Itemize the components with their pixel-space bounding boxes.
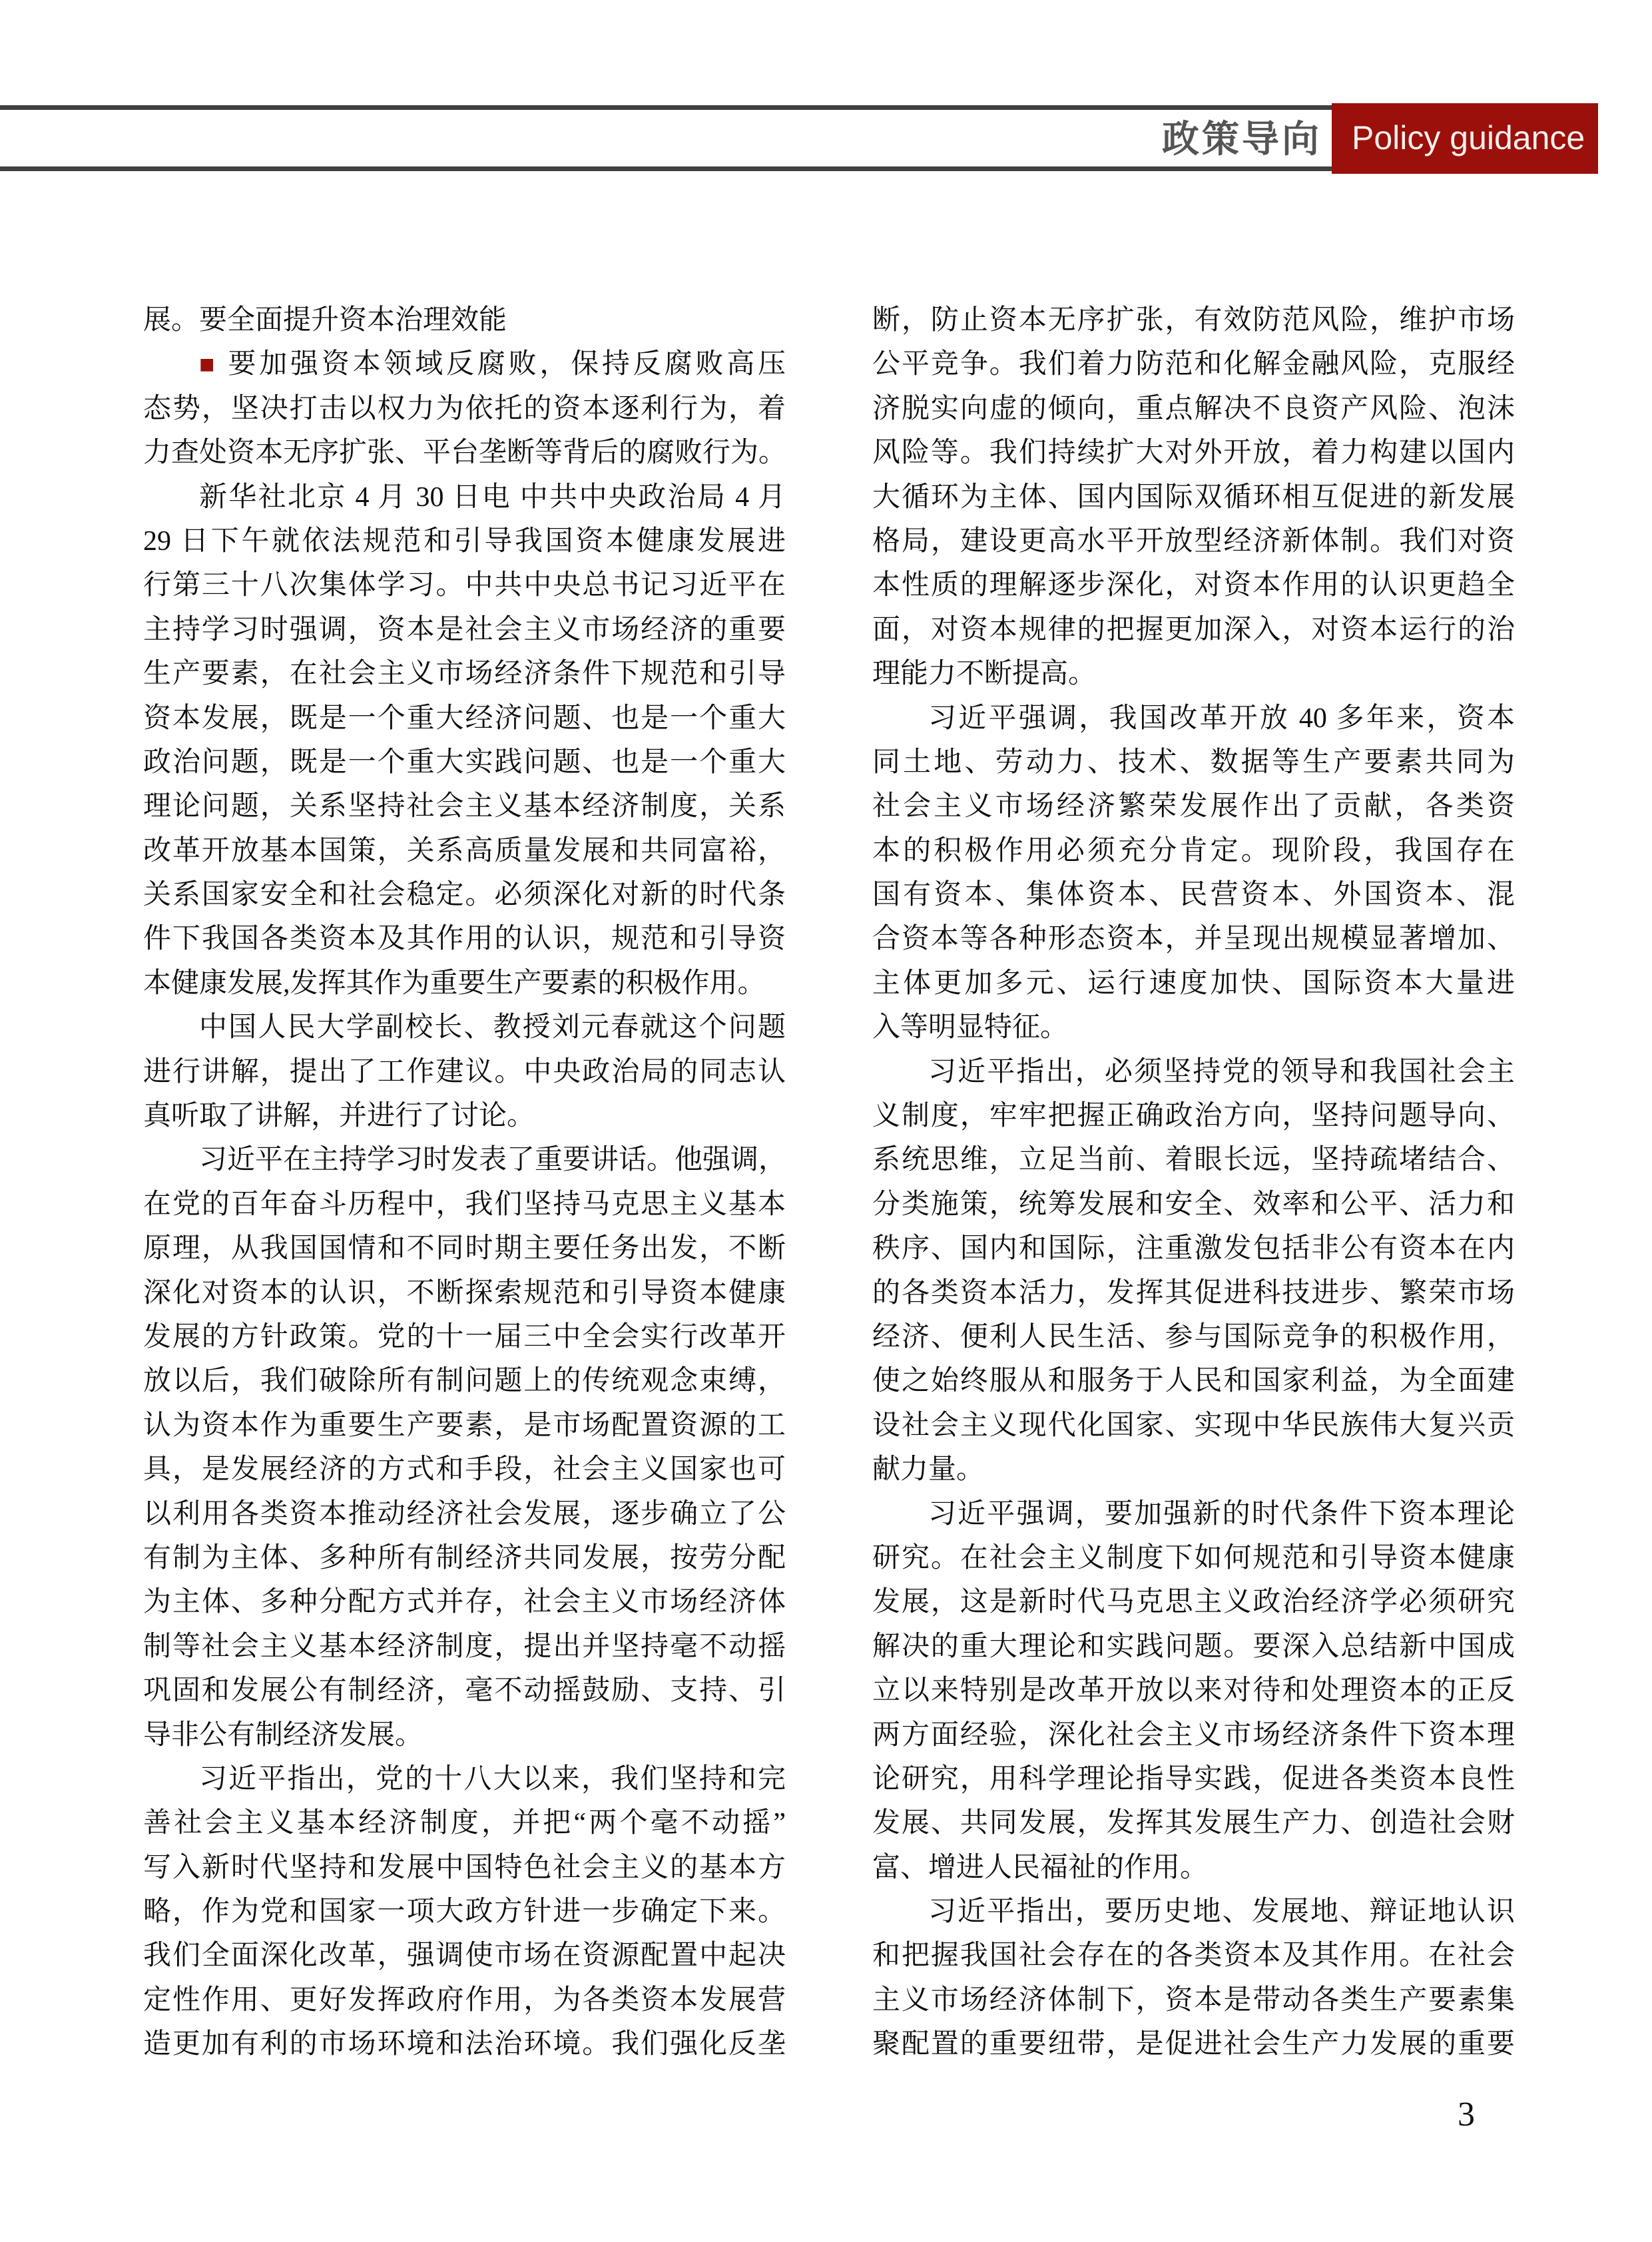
- text-line: 习近平强调，要加强新的时代条件下资本理论: [872, 1492, 1515, 1536]
- text-line: 国有资本、集体资本、民营资本、外国资本、混: [872, 873, 1515, 917]
- text-line: 理论问题，关系坚持社会主义基本经济制度，关系: [143, 784, 786, 828]
- text-line: 格局，建设更高水平开放型经济新体制。我们对资: [872, 519, 1515, 563]
- text-line: 两方面经验，深化社会主义市场经济条件下资本理: [872, 1713, 1515, 1757]
- text-line: 中国人民大学副校长、教授刘元春就这个问题: [143, 1005, 786, 1049]
- text-line: 习近平指出，必须坚持党的领导和我国社会主: [872, 1050, 1515, 1094]
- text-line: 发展、共同发展，发挥其发展生产力、创造社会财: [872, 1801, 1515, 1845]
- text-line: 和把握我国社会存在的各类资本及其作用。在社会: [872, 1934, 1515, 1978]
- text-line: 放以后，我们破除所有制问题上的传统观念束缚，: [143, 1359, 786, 1403]
- text-line: 写入新时代坚持和发展中国特色社会主义的基本方: [143, 1846, 786, 1890]
- text-line: 使之始终服从和服务于人民和国家利益，为全面建: [872, 1359, 1515, 1403]
- text-line: 社会主义市场经济繁荣发展作出了贡献，各类资: [872, 784, 1515, 828]
- text-line: 定性作用、更好发挥政府作用，为各类资本发展营: [143, 1978, 786, 2022]
- article-body: 展。要全面提升资本治理效能■ 要加强资本领域反腐败，保持反腐败高压态势，坚决打击…: [143, 298, 1515, 2067]
- text-line: 关系国家安全和社会稳定。必须深化对新的时代条: [143, 873, 786, 917]
- text-line: 在党的百年奋斗历程中，我们坚持马克思主义基本: [143, 1183, 786, 1227]
- text-line: 生产要素，在社会主义市场经济条件下规范和引导: [143, 652, 786, 696]
- text-line: 主义市场经济体制下，资本是带动各类生产要素集: [872, 1978, 1515, 2022]
- text-line: 为主体、多种分配方式并存，社会主义市场经济体: [143, 1580, 786, 1624]
- text-line: 公平竞争。我们着力防范和化解金融风险，克服经: [872, 342, 1515, 386]
- text-line: 制等社会主义基本经济制度，提出并坚持毫不动摇: [143, 1625, 786, 1669]
- text-line: 善社会主义基本经济制度，并把“两个毫不动摇”: [143, 1801, 786, 1845]
- text-line: 聚配置的重要纽带，是促进社会生产力发展的重要: [872, 2022, 1515, 2066]
- text-line: 论研究，用科学理论指导实践，促进各类资本良性: [872, 1757, 1515, 1801]
- text-line: ■ 要加强资本领域反腐败，保持反腐败高压: [143, 342, 786, 386]
- text-line: 习近平指出，要历史地、发展地、辩证地认识: [872, 1890, 1515, 1934]
- text-line: 解决的重大理论和实践问题。要深入总结新中国成: [872, 1625, 1515, 1669]
- text-line: 立以来特别是改革开放以来对待和处理资本的正反: [872, 1669, 1515, 1713]
- section-title-zh: 政策导向: [1162, 110, 1322, 166]
- text-line: 风险等。我们持续扩大对外开放，着力构建以国内: [872, 431, 1515, 475]
- text-line: 有制为主体、多种所有制经济共同发展，按劳分配: [143, 1536, 786, 1580]
- text-line: 研究。在社会主义制度下如何规范和引导资本健康: [872, 1536, 1515, 1580]
- text-line: 习近平在主持学习时发表了重要讲话。他强调，: [143, 1138, 786, 1182]
- text-line: 断，防止资本无序扩张，有效防范风险，维护市场: [872, 298, 1515, 342]
- text-line: 秩序、国内和国际，注重激发包括非公有资本在内: [872, 1227, 1515, 1270]
- text-line: 认为资本作为重要生产要素，是市场配置资源的工: [143, 1404, 786, 1448]
- text-line: 导非公有制经济发展。: [143, 1713, 786, 1757]
- column-right: 断，防止资本无序扩张，有效防范风险，维护市场公平竞争。我们着力防范和化解金融风险…: [872, 298, 1515, 2067]
- text-line: 发展的方针政策。党的十一届三中全会实行改革开: [143, 1315, 786, 1359]
- text-line: 富、增进人民福祉的作用。: [872, 1846, 1515, 1890]
- red-square-bullet-icon: ■: [199, 351, 218, 379]
- text-line: 进行讲解，提出了工作建议。中央政治局的同志认: [143, 1050, 786, 1094]
- page: 政策导向 Policy guidance 展。要全面提升资本治理效能■ 要加强资…: [0, 0, 1652, 2242]
- page-number: 3: [1458, 2095, 1475, 2135]
- text-line: 我们全面深化改革，强调使市场在资源配置中起决: [143, 1934, 786, 1978]
- text-line: 本性质的理解逐步深化，对资本作用的认识更趋全: [872, 563, 1515, 607]
- text-line: 经济、便利人民生活、参与国际竞争的积极作用，: [872, 1315, 1515, 1359]
- text-line: 略，作为党和国家一项大政方针进一步确定下来。: [143, 1890, 786, 1934]
- text-line: 入等明显特征。: [872, 1005, 1515, 1049]
- text-line: 件下我国各类资本及其作用的认识，规范和引导资: [143, 917, 786, 961]
- text-line: 分类施策，统筹发展和安全、效率和公平、活力和: [872, 1183, 1515, 1227]
- text-line: 理能力不断提高。: [872, 652, 1515, 696]
- text-line: 主体更加多元、运行速度加快、国际资本大量进: [872, 962, 1515, 1005]
- text-line: 大循环为主体、国内国际双循环相互促进的新发展: [872, 475, 1515, 519]
- text-line: 发展，这是新时代马克思主义政治经济学必须研究: [872, 1580, 1515, 1624]
- text-line: 本健康发展,发挥其作为重要生产要素的积极作用。: [143, 962, 786, 1005]
- text-line: 29 日下午就依法规范和引导我国资本健康发展进: [143, 519, 786, 563]
- text-line: 的各类资本活力，发挥其促进科技进步、繁荣市场: [872, 1271, 1515, 1315]
- text-line: 设社会主义现代化国家、实现中华民族伟大复兴贡: [872, 1404, 1515, 1448]
- text-line: 义制度，牢牢把握正确政治方向，坚持问题导向、: [872, 1094, 1515, 1138]
- text-line: 习近平指出，党的十八大以来，我们坚持和完: [143, 1757, 786, 1801]
- section-title-tab: Policy guidance: [1332, 103, 1598, 174]
- text-line: 力查处资本无序扩张、平台垄断等背后的腐败行为。: [143, 431, 786, 475]
- text-line: 原理，从我国国情和不同时期主要任务出发，不断: [143, 1227, 786, 1270]
- text-line: 造更加有利的市场环境和法治环境。我们强化反垄: [143, 2022, 786, 2066]
- text-line: 习近平强调，我国改革开放 40 多年来，资本: [872, 697, 1515, 740]
- text-line: 系统思维，立足当前、着眼长远，坚持疏堵结合、: [872, 1138, 1515, 1182]
- section-title-en: Policy guidance: [1332, 103, 1598, 172]
- text-line: 具，是发展经济的方式和手段，社会主义国家也可: [143, 1448, 786, 1492]
- text-line: 展。要全面提升资本治理效能: [143, 298, 786, 342]
- text-line: 新华社北京 4 月 30 日电 中共中央政治局 4 月: [143, 475, 786, 519]
- text-line: 献力量。: [872, 1448, 1515, 1492]
- text-line: 改革开放基本国策，关系高质量发展和共同富裕，: [143, 829, 786, 873]
- text-line: 资本发展，既是一个重大经济问题、也是一个重大: [143, 697, 786, 740]
- text-line: 主持学习时强调，资本是社会主义市场经济的重要: [143, 608, 786, 652]
- text-line: 以利用各类资本推动经济社会发展，逐步确立了公: [143, 1492, 786, 1536]
- text-line: 同土地、劳动力、技术、数据等生产要素共同为: [872, 740, 1515, 784]
- text-line: 行第三十八次集体学习。中共中央总书记习近平在: [143, 563, 786, 607]
- text-line: 真听取了讲解，并进行了讨论。: [143, 1094, 786, 1138]
- text-line: 面，对资本规律的把握更加深入，对资本运行的治: [872, 608, 1515, 652]
- text-line: 本的积极作用必须充分肯定。现阶段，我国存在: [872, 829, 1515, 873]
- text-line: 态势，坚决打击以权力为依托的资本逐利行为，着: [143, 387, 786, 431]
- column-left: 展。要全面提升资本治理效能■ 要加强资本领域反腐败，保持反腐败高压态势，坚决打击…: [143, 298, 786, 2067]
- text-line: 济脱实向虚的倾向，重点解决不良资产风险、泡沫: [872, 387, 1515, 431]
- text-line: 政治问题，既是一个重大实践问题、也是一个重大: [143, 740, 786, 784]
- text-line: 巩固和发展公有制经济，毫不动摇鼓励、支持、引: [143, 1669, 786, 1713]
- text-line: 合资本等各种形态资本，并呈现出规模显著增加、: [872, 917, 1515, 961]
- text-line: 深化对资本的认识，不断探索规范和引导资本健康: [143, 1271, 786, 1315]
